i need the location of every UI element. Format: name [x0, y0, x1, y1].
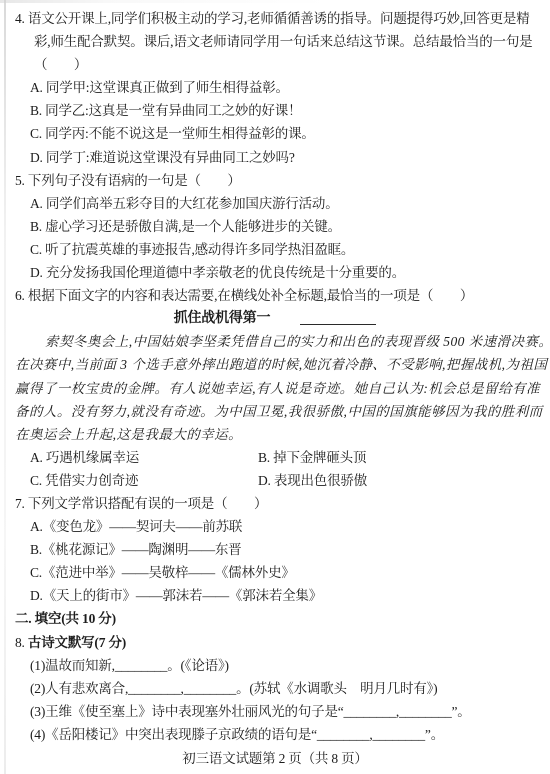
question-8-item-1: (1)温故而知新,________。(《论语》) — [0, 654, 550, 677]
section-2-header: 二. 填空(共 10 分) — [0, 607, 550, 630]
passage-line-4: 备的人。没有努力,就没有奇迹。为中国卫冕,我很骄傲,中国的国旗能够因为我的胜利而 — [0, 400, 550, 423]
question-8-title: 古诗文默写(7 分) — [28, 635, 126, 650]
question-6-option-c: C. 凭借实力创奇迹 — [0, 469, 258, 492]
question-7-option-a: A.《变色龙》——契诃夫——前苏联 — [0, 515, 550, 538]
question-5-option-c: C. 听了抗震英雄的事迹报告,感动得许多同学热泪盈眶。 — [0, 238, 550, 261]
question-6-option-a: A. 巧遇机缘属幸运 — [0, 446, 258, 469]
passage-line-3: 赢得了一枚宝贵的金牌。有人说她幸运,有人说是奇迹。她自己认为:机会总是留给有准 — [0, 377, 550, 400]
question-8-item-2: (2)人有悲欢离合,________,________。(苏轼《水调歌头 明月几… — [0, 677, 550, 700]
passage-line-2: 在决赛中,当前面 3 个选手意外摔出跑道的时候,她沉着冷静、不受影响,把握战机,… — [0, 353, 550, 376]
question-6-options-row-1: A. 巧遇机缘属幸运 B. 掉下金牌砸头顶 — [0, 446, 550, 469]
question-7-option-b: B.《桃花源记》——陶渊明——东晋 — [0, 538, 550, 561]
question-4-stem-line-2: 彩,师生配合默契。课后,语文老师请同学用一句话来总结这节课。总结最恰当的一句是 — [0, 30, 550, 53]
passage-line-5: 在奥运会上升起,这是我最大的幸运。 — [0, 423, 550, 446]
question-7-option-d: D.《天上的街市》——郭沫若——《郭沫若全集》 — [0, 584, 550, 607]
question-6-option-b: B. 掉下金牌砸头顶 — [258, 446, 366, 469]
question-4-stem-line-1: 4. 语文公开课上,同学们积极主动的学习,老师循循善诱的指导。问题提得巧妙,回答… — [0, 7, 550, 30]
question-6-passage-title: 抓住战机得第一 — [0, 307, 550, 330]
question-5-stem: 5. 下列句子没有语病的一句是（ ） — [0, 169, 550, 192]
question-6-stem: 6. 根据下面文字的内容和表达需要,在横线处补全标题,最恰当的一项是（ ） — [0, 284, 550, 307]
question-4-option-c: C. 同学丙:不能不说这是一堂师生相得益彰的课。 — [0, 122, 550, 145]
question-8-item-3: (3)王维《使至塞上》诗中表现塞外壮丽风光的句子是“________,_____… — [0, 700, 550, 723]
question-6-options-row-2: C. 凭借实力创奇迹 D. 表现出色很骄傲 — [0, 469, 550, 492]
question-8-item-4: (4)《岳阳楼记》中突出表现滕子京政绩的语句是“________,_______… — [0, 723, 550, 746]
page-footer: 初三语文试题第 2 页（共 8 页） — [0, 747, 550, 770]
passage-line-1: 索契冬奥会上,中国姑娘李坚柔凭借自己的实力和出色的表现晋级 500 米速滑决赛。 — [0, 330, 550, 353]
question-6-option-d: D. 表现出色很骄傲 — [258, 469, 367, 492]
question-5-option-a: A. 同学们高举五彩夺目的大红花参加国庆游行活动。 — [0, 192, 550, 215]
question-4-answer-parentheses: （ ） — [0, 53, 550, 76]
question-4-option-a: A. 同学甲:这堂课真正做到了师生相得益彰。 — [0, 76, 550, 99]
question-7-option-c: C.《范进中举》——吴敬梓——《儒林外史》 — [0, 561, 550, 584]
passage-title-text: 抓住战机得第一 — [174, 307, 271, 330]
question-5-option-b: B. 虚心学习还是骄傲自满,是一个人能够进步的关键。 — [0, 215, 550, 238]
question-4-option-d: D. 同学丁:难道说这堂课没有异曲同工之妙吗? — [0, 146, 550, 169]
title-blank-line — [300, 324, 376, 325]
question-7-stem: 7. 下列文学常识搭配有误的一项是（ ） — [0, 492, 550, 515]
question-4-option-b: B. 同学乙:这真是一堂有异曲同工之妙的好课！ — [0, 99, 550, 122]
exam-page: 4. 语文公开课上,同学们积极主动的学习,老师循循善诱的指导。问题提得巧妙,回答… — [0, 0, 550, 774]
question-8-stem: 8. 古诗文默写(7 分) — [0, 631, 550, 654]
question-5-option-d: D. 充分发扬我国伦理道德中孝亲敬老的优良传统是十分重要的。 — [0, 261, 550, 284]
question-8-number: 8. — [15, 635, 25, 650]
